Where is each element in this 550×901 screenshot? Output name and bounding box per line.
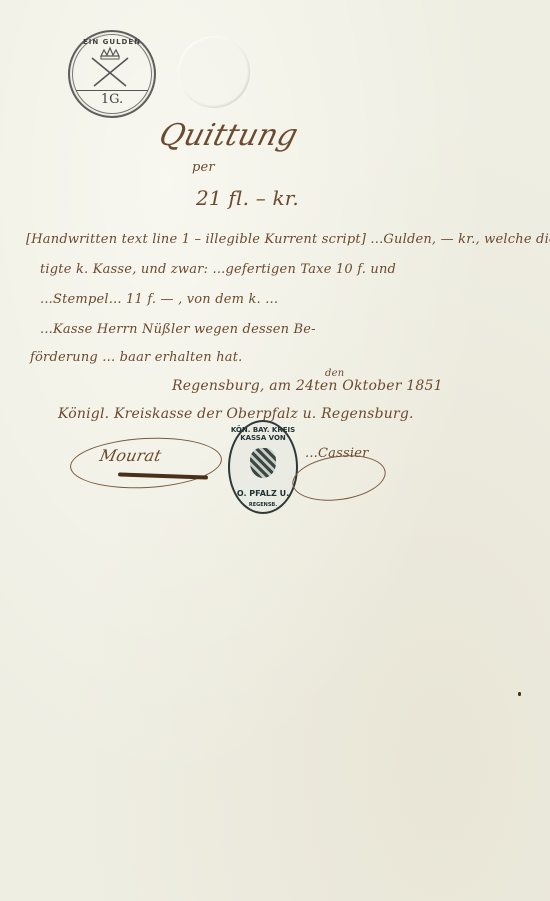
document-subtitle: per <box>192 160 215 175</box>
seal-rim-text: KÖN. BAY. KREIS KASSA VON <box>230 426 296 442</box>
amount: 21 fl. – kr. <box>196 186 299 210</box>
ink-spot <box>518 692 521 696</box>
body-line: tigte k. Kasse, und zwar: ...gefertigen … <box>40 262 396 277</box>
seal-bottom-text: O. PFALZ U. <box>230 489 296 498</box>
signature-left: Mourat <box>98 446 163 465</box>
seal-place-text: REGENSB. <box>230 502 296 508</box>
embossed-seal <box>178 36 250 108</box>
body-line: förderung ... baar erhalten hat. <box>30 350 242 365</box>
body-line: [Handwritten text line 1 – illegible Kur… <box>26 232 550 247</box>
signature-right: ...Cassier <box>305 446 369 461</box>
bavarian-crest-icon <box>250 448 276 478</box>
issuer-line: Königl. Kreiskasse der Oberpfalz u. Rege… <box>58 406 414 422</box>
tax-stamp: EIN GULDEN 1G. <box>68 30 156 118</box>
place-date: Regensburg, am 24ten Oktober 1851 <box>172 378 443 394</box>
tax-stamp-divider <box>76 90 148 91</box>
body-line: ...Stempel... 11 f. — , von dem k. ... <box>40 292 278 307</box>
official-seal: KÖN. BAY. KREIS KASSA VON O. PFALZ U. RE… <box>228 420 298 514</box>
tax-stamp-value: 1G. <box>70 92 154 107</box>
document-title: Quittung <box>155 118 301 153</box>
body-line: ...Kasse Herrn Nüßler wegen dessen Be- <box>40 322 316 337</box>
